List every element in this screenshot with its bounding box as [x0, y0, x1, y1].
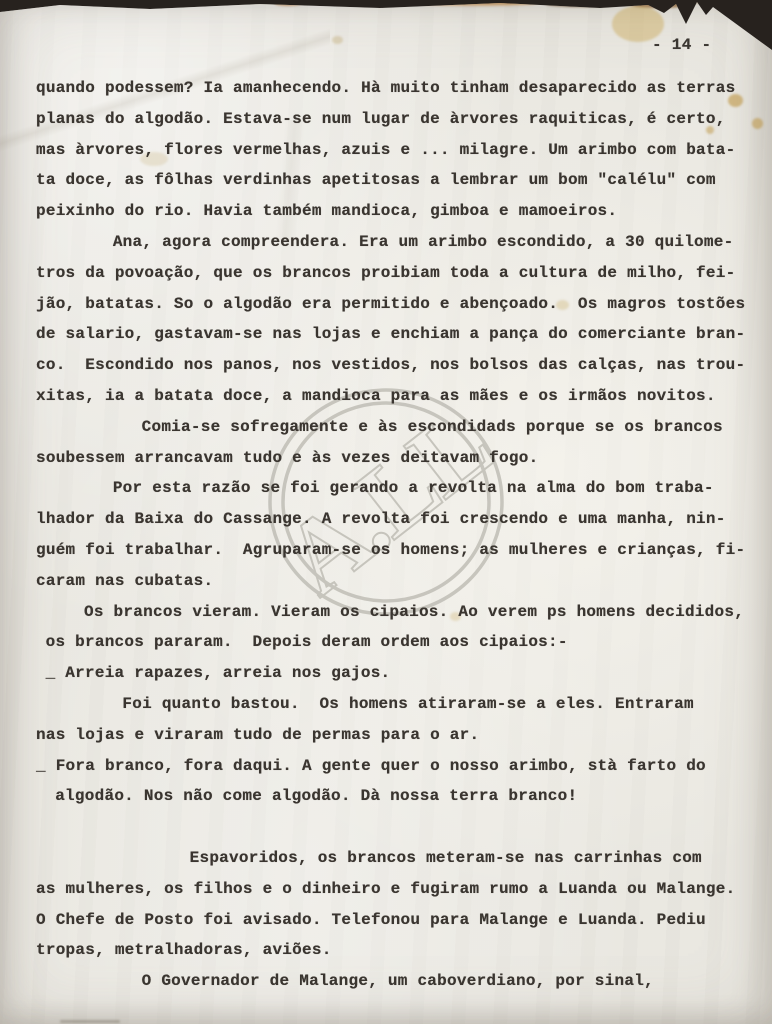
text-line: quando podessem? Ia amanhecendo. Hà muit…: [36, 73, 766, 104]
text-line: tropas, metralhadoras, aviões.: [36, 935, 766, 966]
text-line: Foi quanto bastou. Os homens atiraram-se…: [36, 689, 766, 720]
text-line: _ Fora branco, fora daqui. A gente quer …: [36, 751, 766, 782]
text-line: Por esta razão se foi gerando a revolta …: [36, 473, 766, 504]
typewritten-text-body: quando podessem? Ia amanhecendo. Hà muit…: [36, 73, 766, 997]
text-line: soubessem arrancavam tudo e às vezes dei…: [36, 443, 766, 474]
text-line: Comia-se sofregamente e às escondidads p…: [36, 412, 766, 443]
paper-rust-stain: [545, 0, 615, 7]
text-line: peixinho do rio. Havia também mandioca, …: [36, 196, 766, 227]
text-line: jão, batatas. So o algodão era permitido…: [36, 289, 766, 320]
text-line: Ana, agora compreendera. Era um arimbo e…: [36, 227, 766, 258]
paper-foxing-stain: [332, 36, 343, 44]
page-number: - 14 -: [652, 37, 711, 53]
paper-edge-mark: [60, 1020, 120, 1023]
text-line: co. Escondido nos panos, nos vestidos, n…: [36, 350, 766, 381]
text-line: planas do algodão. Estava-se num lugar d…: [36, 104, 766, 135]
paper-rust-stain: [275, 1, 301, 6]
text-line: caram nas cubatas.: [36, 566, 766, 597]
text-line: nas lojas e viraram tudo de permas para …: [36, 720, 766, 751]
text-line: lhador da Baixa do Cassange. A revolta f…: [36, 504, 766, 535]
text-line: os brancos pararam. Depois deram ordem a…: [36, 627, 766, 658]
text-line: Os brancos vieram. Vieram os cipaios. Ao…: [36, 597, 766, 628]
text-line: Espavoridos, os brancos meteram-se nas c…: [36, 843, 766, 874]
text-line: ta doce, as fôlhas verdinhas apetitosas …: [36, 165, 766, 196]
text-line: _ Arreia rapazes, arreia nos gajos.: [36, 658, 766, 689]
text-line: O Governador de Malange, um caboverdiano…: [36, 966, 766, 997]
text-line: guém foi trabalhar. Agruparam-se os home…: [36, 535, 766, 566]
text-line: algodão. Nos não come algodão. Dà nossa …: [36, 781, 766, 812]
paper-rust-stain: [628, 0, 690, 8]
paper-edge-stain: [0, 2, 702, 4]
text-line: de salario, gastavam-se nas lojas e ench…: [36, 319, 766, 350]
text-line: mas àrvores, flores vermelhas, azuis e .…: [36, 135, 766, 166]
scanned-paper-sheet: A.LL - 14 - quando podessem? Ia amanhece…: [0, 0, 772, 1024]
text-line: xitas, ia a batata doce, a mandioca para…: [36, 381, 766, 412]
text-line: O Chefe de Posto foi avisado. Telefonou …: [36, 905, 766, 936]
text-line: tros da povoação, que os brancos proibia…: [36, 258, 766, 289]
text-line: [36, 812, 766, 843]
paper-rust-stain: [415, 1, 537, 6]
text-line: as mulheres, os filhos e o dinheiro e fu…: [36, 874, 766, 905]
